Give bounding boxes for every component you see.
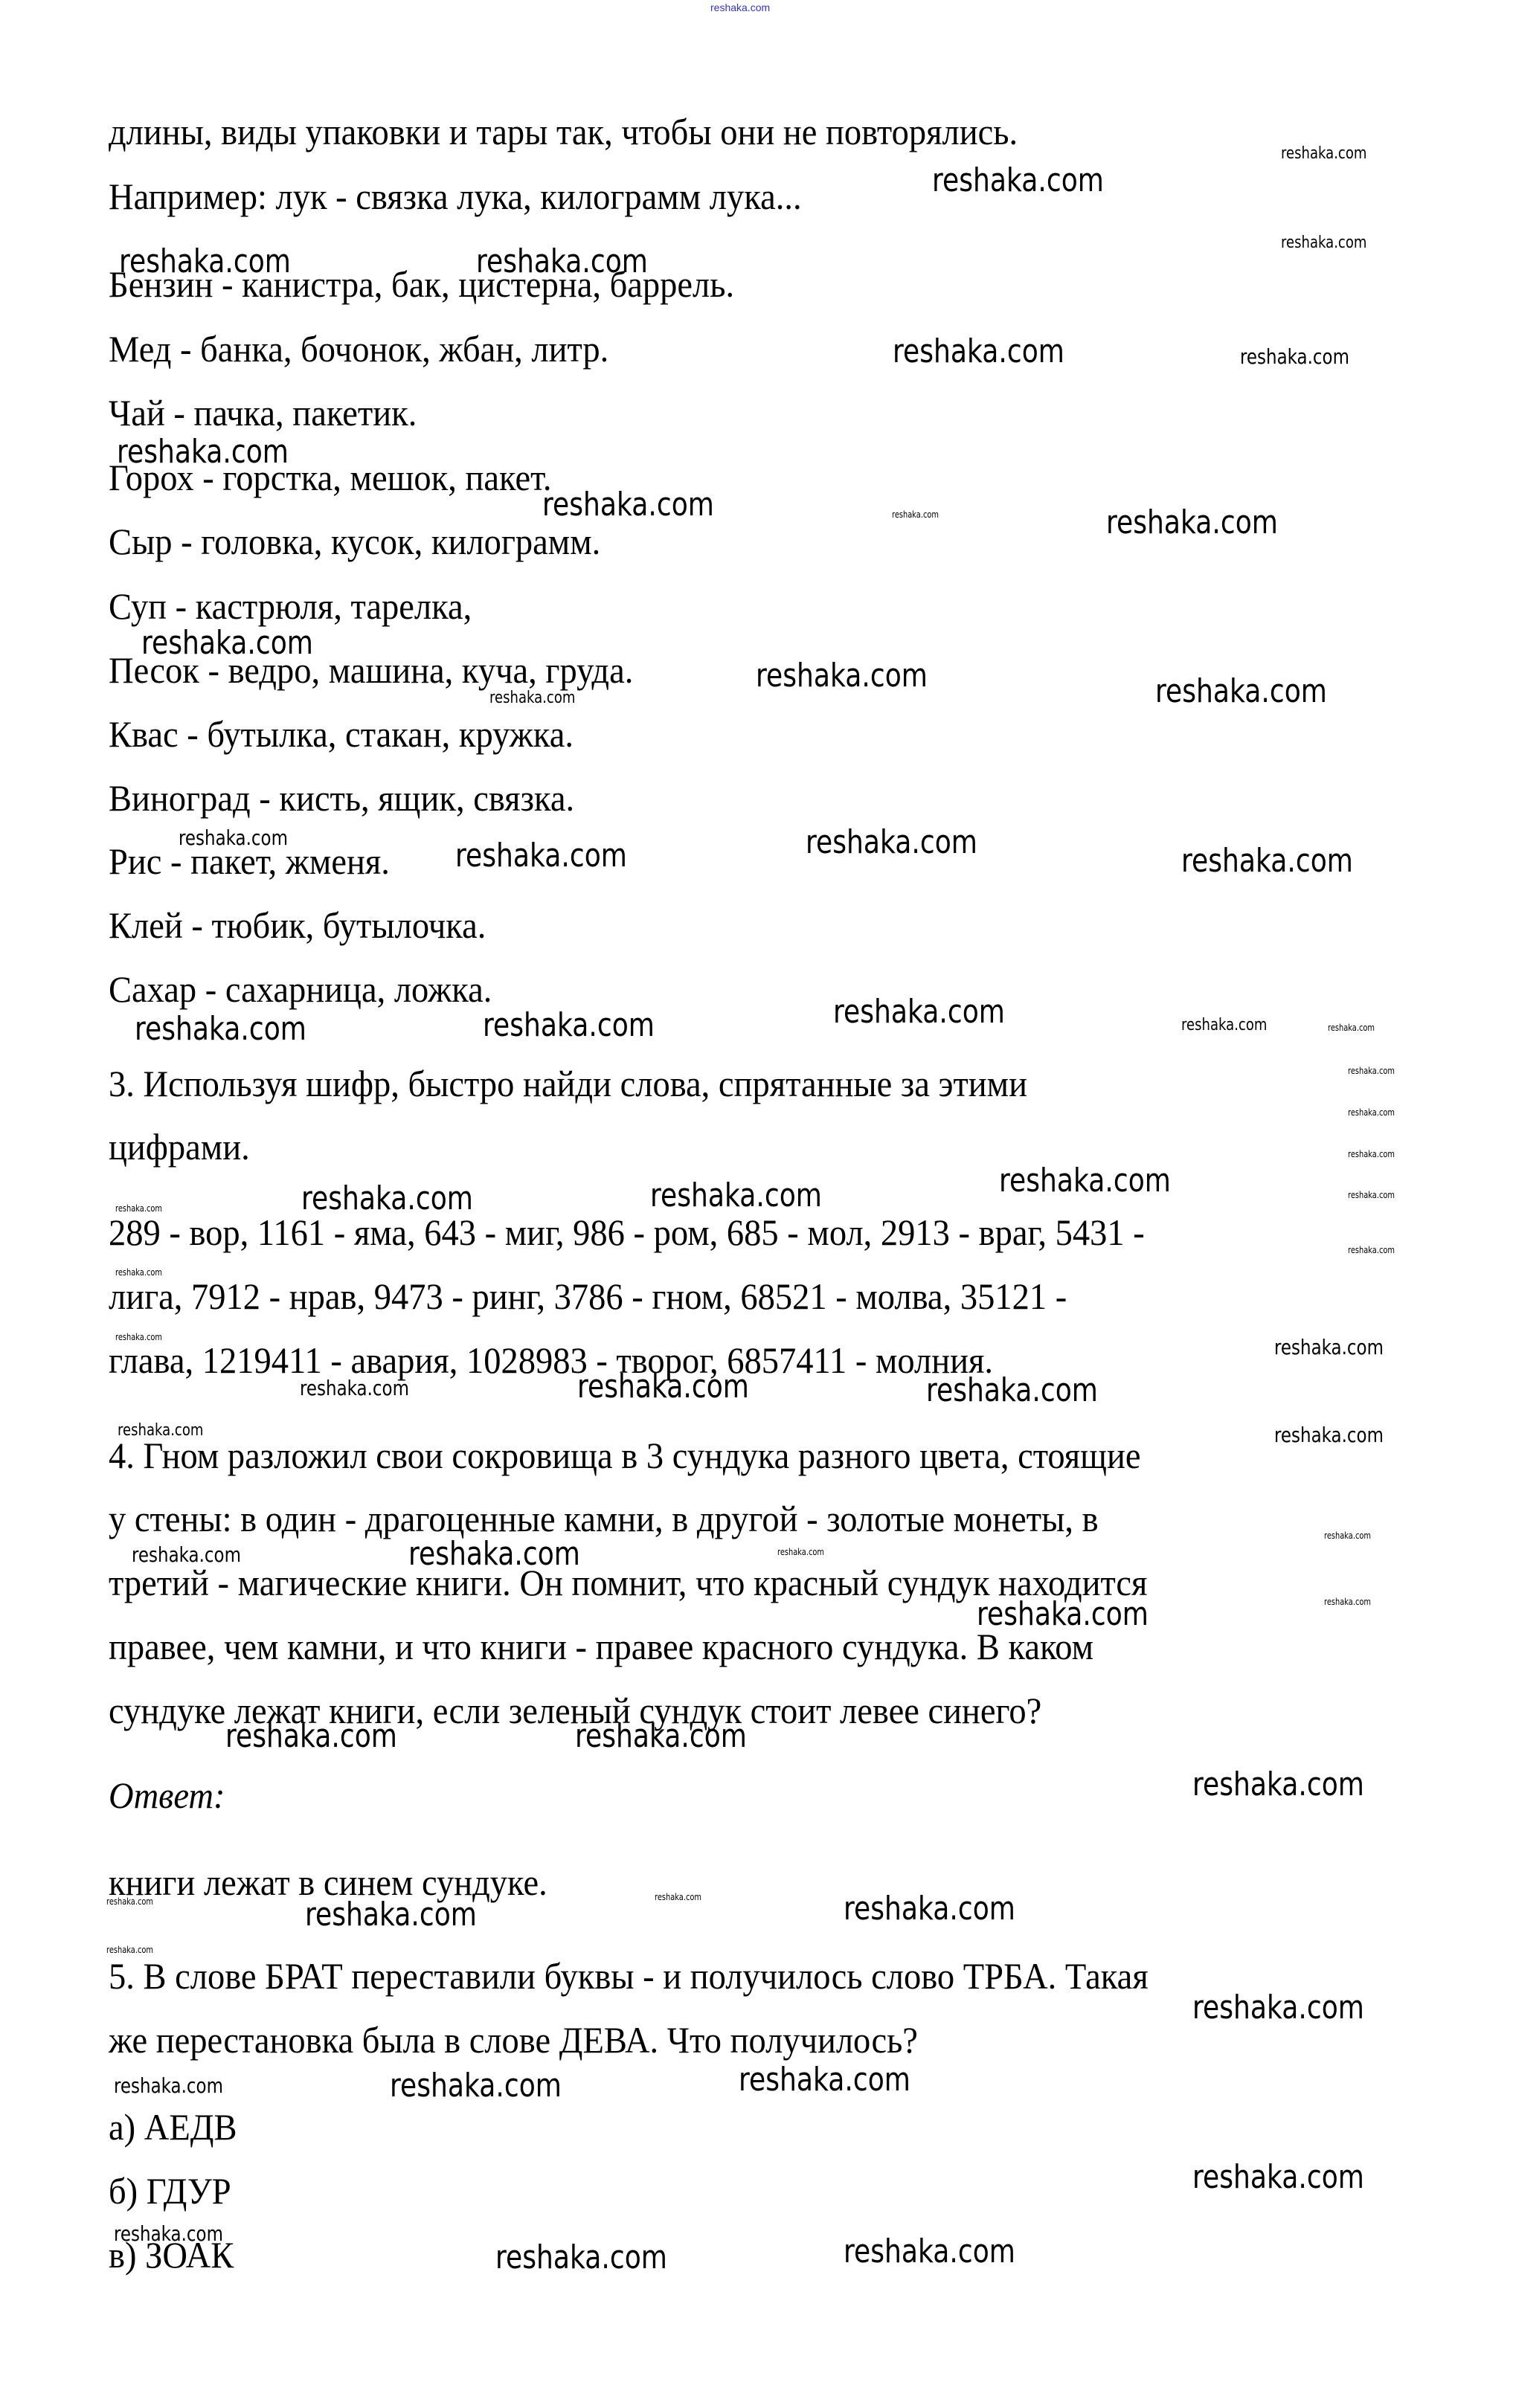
watermark: reshaka.com: [301, 1182, 473, 1215]
text-line: Чай - пачка, пакетик.: [109, 394, 417, 431]
watermark: reshaka.com: [300, 1378, 409, 1399]
watermark: reshaka.com: [1281, 146, 1366, 162]
watermark: reshaka.com: [1281, 235, 1366, 251]
task-4-text: у стены: в один - драгоценные камни, в д…: [109, 1500, 1099, 1537]
watermark: reshaka.com: [1192, 1768, 1364, 1801]
site-header-link[interactable]: reshaka.com: [710, 1, 770, 13]
watermark: reshaka.com: [542, 489, 714, 521]
text-line: длины, виды упаковки и тары так, чтобы о…: [109, 113, 1018, 150]
watermark: reshaka.com: [106, 1945, 153, 1954]
watermark: reshaka.com: [1155, 675, 1327, 708]
text-line: Виноград - кисть, ящик, связка.: [109, 779, 574, 817]
task-3-title: 3. Используя шифр, быстро найди слова, с…: [109, 1065, 1027, 1102]
watermark: reshaka.com: [495, 2241, 667, 2274]
watermark: reshaka.com: [844, 2235, 1015, 2268]
text-line: Сахар - сахарница, ложка.: [109, 970, 492, 1008]
watermark: reshaka.com: [655, 1893, 701, 1902]
watermark: reshaka.com: [489, 690, 575, 706]
option-a: а) АЕДВ: [109, 2108, 237, 2145]
task-3-answer: лига, 7912 - нрав, 9473 - ринг, 3786 - г…: [109, 1278, 1067, 1315]
watermark: reshaka.com: [844, 1893, 1015, 1925]
watermark: reshaka.com: [1348, 1246, 1395, 1255]
watermark: reshaka.com: [115, 1268, 162, 1277]
watermark: reshaka.com: [806, 826, 977, 859]
watermark: reshaka.com: [1348, 1150, 1395, 1159]
watermark: reshaka.com: [1324, 1531, 1371, 1540]
answer-label: Ответ:: [109, 1777, 225, 1814]
watermark: reshaka.com: [999, 1165, 1171, 1197]
watermark: reshaka.com: [117, 436, 289, 469]
watermark: reshaka.com: [455, 840, 627, 872]
watermark: reshaka.com: [1274, 1425, 1384, 1446]
watermark: reshaka.com: [225, 1720, 397, 1753]
task-4-text: 4. Гном разложил свои сокровища в 3 сунд…: [109, 1437, 1141, 1474]
watermark: reshaka.com: [476, 245, 648, 278]
watermark: reshaka.com: [118, 1423, 203, 1439]
text-line: Например: лук - связка лука, килограмм л…: [109, 178, 802, 215]
task-4-text: правее, чем камни, и что книги - правее …: [109, 1628, 1093, 1665]
watermark: reshaka.com: [1348, 1066, 1395, 1075]
watermark: reshaka.com: [1328, 1023, 1375, 1032]
watermark: reshaka.com: [141, 627, 313, 660]
text-line: Клей - тюбик, бутылочка.: [109, 907, 486, 944]
task-5-text: 5. В слове БРАТ переставили буквы - и по…: [109, 1957, 1149, 1995]
watermark: reshaka.com: [1240, 347, 1349, 367]
text-line: Мед - банка, бочонок, жбан, литр.: [109, 330, 608, 367]
watermark: reshaka.com: [1348, 1108, 1395, 1117]
watermark: reshaka.com: [114, 2224, 223, 2244]
watermark: reshaka.com: [977, 1598, 1149, 1631]
watermark: reshaka.com: [1181, 845, 1353, 878]
watermark: reshaka.com: [892, 510, 939, 519]
watermark: reshaka.com: [132, 1545, 241, 1565]
watermark: reshaka.com: [106, 1897, 153, 1906]
watermark: reshaka.com: [115, 1333, 162, 1342]
watermark: reshaka.com: [135, 1013, 306, 1046]
watermark: reshaka.com: [119, 245, 291, 278]
watermark: reshaka.com: [739, 2064, 910, 2096]
watermark: reshaka.com: [1192, 1992, 1364, 2024]
watermark: reshaka.com: [777, 1548, 824, 1556]
task-3-answer: 289 - вор, 1161 - яма, 643 - миг, 986 - …: [109, 1214, 1145, 1251]
watermark: reshaka.com: [756, 660, 928, 692]
option-b: б) ГДУР: [109, 2172, 231, 2209]
watermark: reshaka.com: [114, 2076, 223, 2096]
text-line: Суп - кастрюля, тарелка,: [109, 587, 472, 625]
watermark: reshaka.com: [390, 2070, 562, 2102]
watermark: reshaka.com: [1106, 506, 1278, 539]
watermark: reshaka.com: [1274, 1337, 1384, 1358]
watermark: reshaka.com: [1192, 2161, 1364, 2194]
watermark: reshaka.com: [305, 1899, 477, 1931]
watermark: reshaka.com: [893, 335, 1064, 368]
task-3-title: цифрами.: [109, 1128, 250, 1165]
watermark: reshaka.com: [926, 1374, 1098, 1407]
text-line: Сыр - головка, кусок, килограмм.: [109, 523, 600, 560]
watermark: reshaka.com: [650, 1179, 822, 1212]
watermark: reshaka.com: [1348, 1191, 1395, 1200]
watermark: reshaka.com: [408, 1538, 580, 1571]
watermark: reshaka.com: [115, 1204, 162, 1213]
watermark: reshaka.com: [179, 828, 288, 849]
watermark: reshaka.com: [1181, 1017, 1267, 1034]
watermark: reshaka.com: [932, 164, 1104, 197]
task-3-answer: глава, 1219411 - авария, 1028983 - творо…: [109, 1342, 993, 1379]
watermark: reshaka.com: [575, 1720, 747, 1753]
task-5-text: же перестановка была в слове ДЕВА. Что п…: [109, 2021, 918, 2058]
watermark: reshaka.com: [577, 1371, 749, 1403]
text-line: Квас - бутылка, стакан, кружка.: [109, 715, 574, 753]
watermark: reshaka.com: [483, 1009, 655, 1042]
watermark: reshaka.com: [1324, 1597, 1371, 1606]
watermark: reshaka.com: [833, 996, 1005, 1028]
